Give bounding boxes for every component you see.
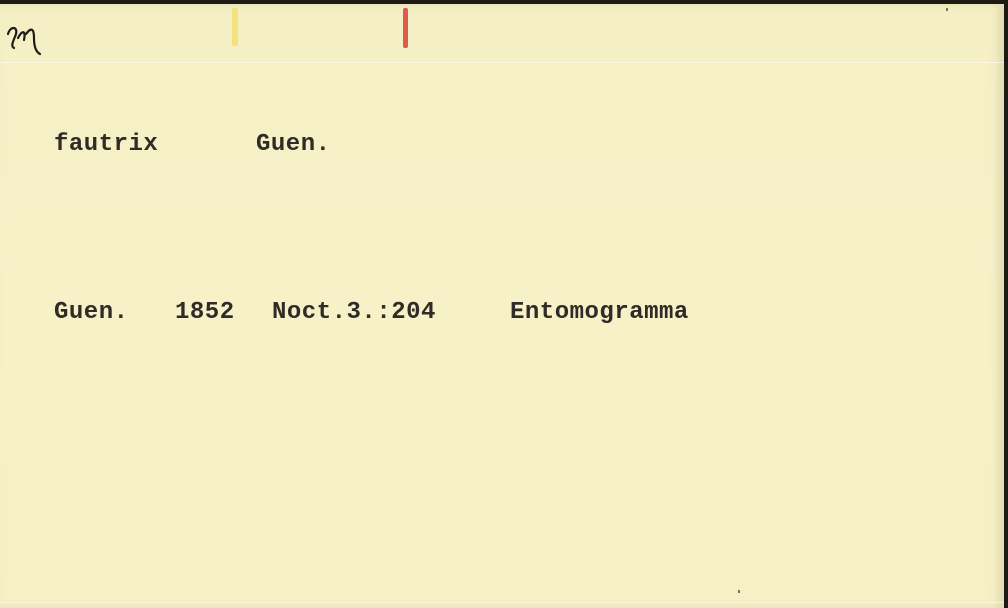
citation-reference: Noct.3.:204 xyxy=(272,299,436,326)
citation-year: 1852 xyxy=(175,299,235,326)
handwritten-number-icon xyxy=(4,20,44,60)
yellow-tab-mark xyxy=(232,8,238,46)
species-name: fautrix xyxy=(54,131,158,158)
card-top-rule xyxy=(0,62,1004,63)
species-author: Guen. xyxy=(256,131,331,158)
red-tab-mark xyxy=(403,8,408,48)
card-bottom-rule xyxy=(0,602,1004,603)
citation-author: Guen. xyxy=(54,299,129,326)
speck xyxy=(738,590,740,593)
index-card: fautrix Guen. Guen. 1852 Noct.3.:204 Ent… xyxy=(0,4,1004,608)
speck xyxy=(946,8,948,11)
citation-work: Entomogramma xyxy=(510,299,689,326)
